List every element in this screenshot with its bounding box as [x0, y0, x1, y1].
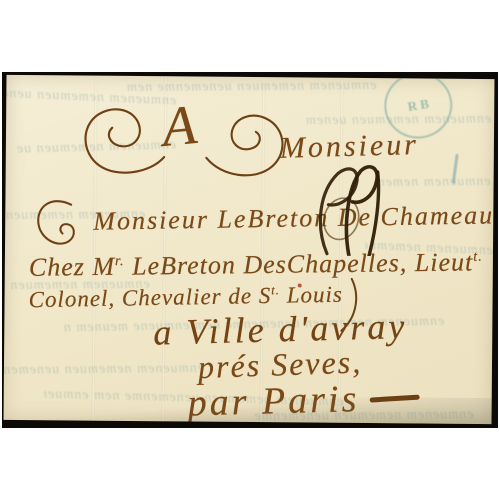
- letter-photograph: enmuenem nememuen uenemenme nem enmuene …: [2, 72, 498, 428]
- address-line-3-text: Colonel, Chevalier de S: [28, 283, 271, 312]
- address-line-2-text: LeBreton DesChapelles, Lieut: [124, 247, 473, 280]
- address-line-6-text: par Paris: [187, 378, 360, 424]
- flourish-curl-address: [27, 194, 81, 250]
- ghost-writing-line: enmuenem nememuen uenemenme nem enmuene …: [4, 361, 204, 379]
- address-line-2-text: Chez M: [29, 252, 116, 282]
- salutation-prefix: A: [159, 93, 199, 160]
- letter-paper: enmuenem nememuen uenemenme nem enmuene …: [4, 75, 495, 424]
- salutation-word: Monsieur: [279, 128, 419, 166]
- manuscript-rate-mark: [297, 163, 396, 256]
- superscript-r: r.: [115, 253, 125, 269]
- superscript-t: t.: [473, 249, 483, 265]
- flourish-spiral-left: [77, 98, 168, 184]
- address-line-2: Chez Mr. LeBreton DesChapelles, Lieutt.: [29, 247, 483, 283]
- address-line-6: par Paris: [187, 375, 420, 424]
- address-line-1: Monsieur LeBreton De Chameaux: [93, 200, 494, 237]
- flourish-spiral-right: [203, 105, 292, 186]
- address-line-3-text: Louis: [280, 282, 343, 308]
- pen-stroke-dash: [369, 395, 419, 403]
